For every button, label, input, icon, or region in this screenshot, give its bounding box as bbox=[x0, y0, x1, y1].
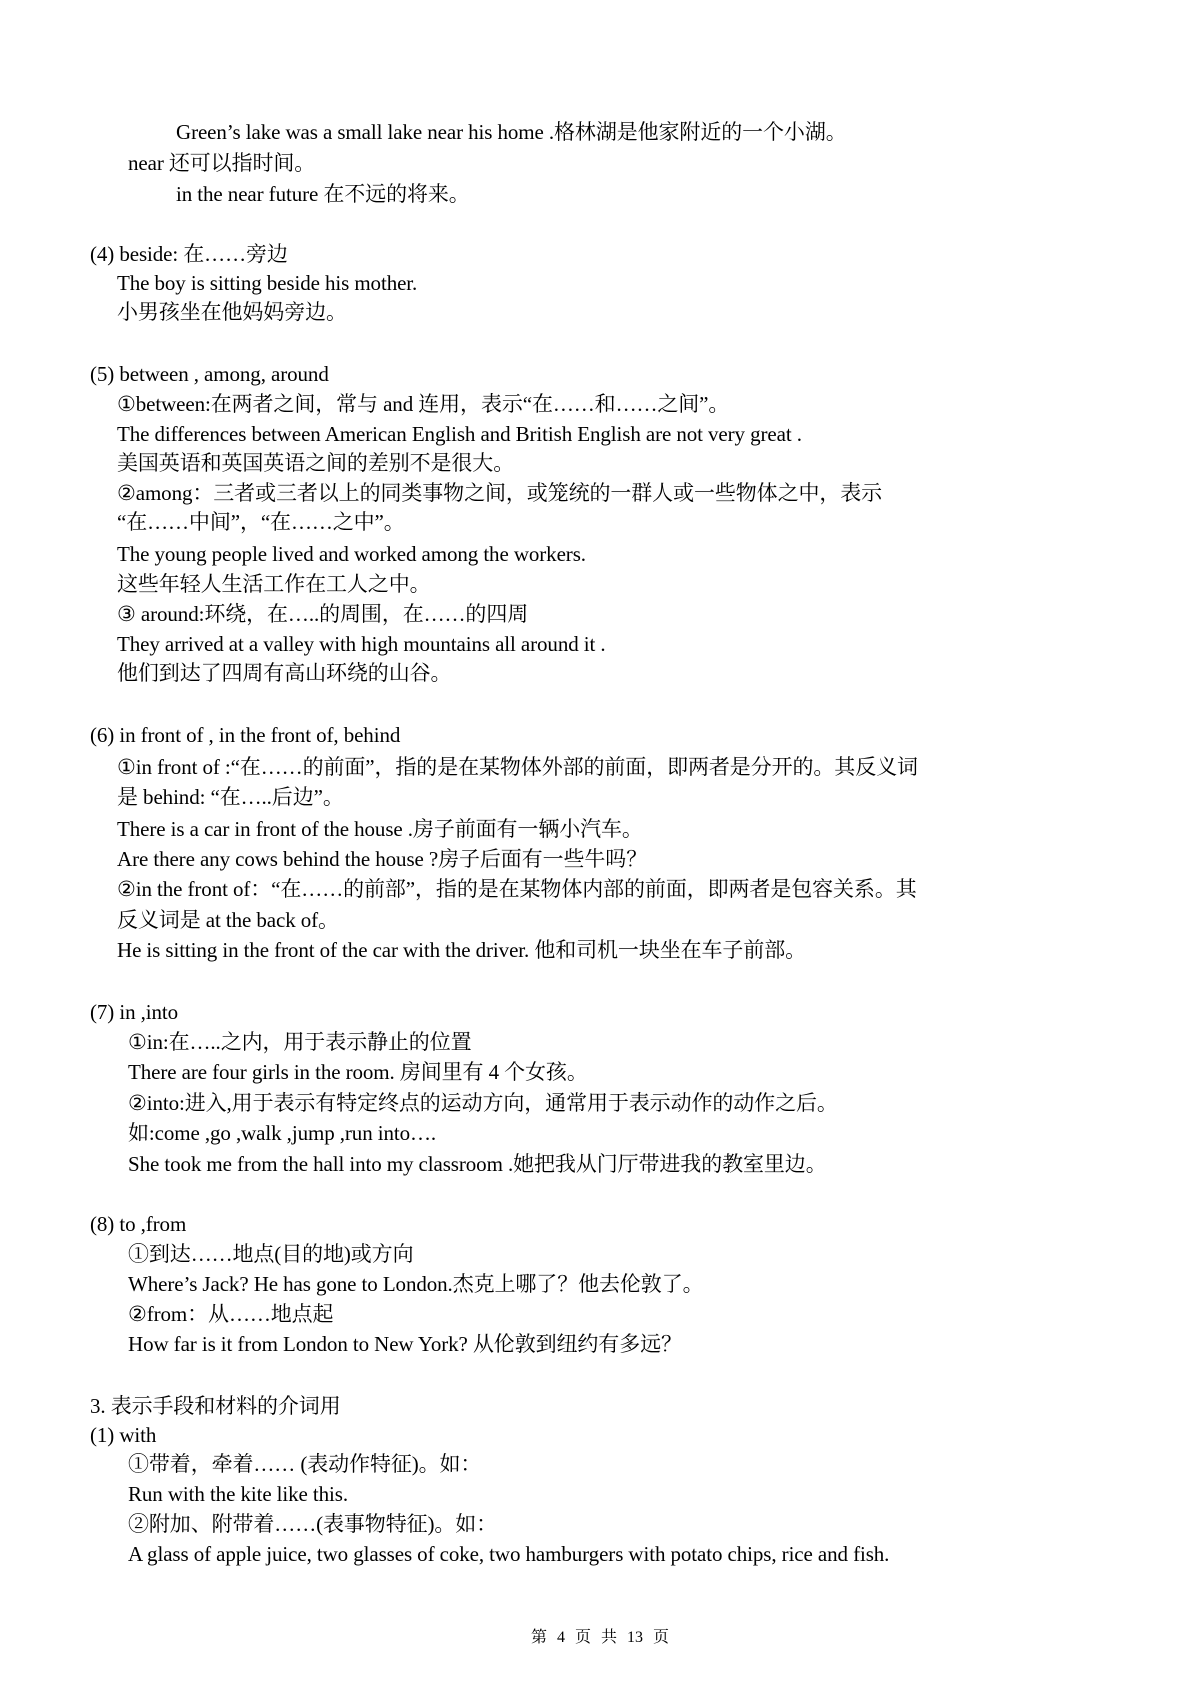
text-line: ②from：从……地点起 bbox=[128, 1300, 333, 1328]
text-line: Green’s lake was a small lake near his h… bbox=[176, 118, 847, 146]
text-line: ②into:进入,用于表示有特定终点的运动方向，通常用于表示动作的动作之后。 bbox=[128, 1089, 838, 1117]
text-line: (8) to ,from bbox=[90, 1210, 186, 1238]
text-line: ③ around:环绕，在…..的周围，在……的四周 bbox=[117, 600, 528, 628]
text-line: 是 behind: “在…..后边”。 bbox=[117, 783, 344, 811]
text-line: (6) in front of , in the front of, behin… bbox=[90, 721, 400, 749]
text-line: ①带着，牵着…… (表动作特征)。如： bbox=[128, 1450, 481, 1478]
text-line: near 还可以指时间。 bbox=[128, 149, 315, 177]
text-line: A glass of apple juice, two glasses of c… bbox=[128, 1540, 889, 1568]
text-line: The boy is sitting beside his mother. bbox=[117, 269, 417, 297]
text-line: (7) in ,into bbox=[90, 998, 178, 1026]
text-line: Where’s Jack? He has gone to London.杰克上哪… bbox=[128, 1270, 704, 1298]
text-line: 美国英语和英国英语之间的差别不是很大。 bbox=[117, 449, 514, 477]
text-line: 他们到达了四周有高山环绕的山谷。 bbox=[117, 659, 451, 687]
text-line: Are there any cows behind the house ?房子后… bbox=[117, 845, 647, 873]
text-line: They arrived at a valley with high mount… bbox=[117, 630, 606, 658]
text-line: “在……中间”，“在……之中”。 bbox=[117, 508, 405, 536]
text-line: (4) beside: 在……旁边 bbox=[90, 240, 288, 268]
text-line: The young people lived and worked among … bbox=[117, 540, 586, 568]
text-line: (5) between , among, around bbox=[90, 360, 329, 388]
text-line: ①between:在两者之间，常与 and 连用，表示“在……和……之间”。 bbox=[117, 390, 729, 418]
text-line: 如:come ,go ,walk ,jump ,run into…. bbox=[128, 1119, 436, 1147]
text-line: He is sitting in the front of the car wi… bbox=[117, 936, 806, 964]
text-line: 小男孩坐在他妈妈旁边。 bbox=[117, 298, 347, 326]
text-line: (1) with bbox=[90, 1421, 156, 1449]
text-line: How far is it from London to New York? 从… bbox=[128, 1330, 682, 1358]
text-line: 3. 表示手段和材料的介词用 bbox=[90, 1392, 341, 1420]
text-line: 反义词是 at the back of。 bbox=[117, 906, 339, 934]
text-line: ①in front of :“在……的前面”，指的是在某物体外部的前面，即两者是… bbox=[117, 753, 918, 781]
text-line: Run with the kite like this. bbox=[128, 1480, 348, 1508]
text-line: She took me from the hall into my classr… bbox=[128, 1150, 827, 1178]
text-line: 这些年轻人生活工作在工人之中。 bbox=[117, 570, 431, 598]
page-footer: 第 4 页 共 13 页 bbox=[0, 1628, 1200, 1648]
text-line: The differences between American English… bbox=[117, 420, 802, 448]
text-line: There is a car in front of the house .房子… bbox=[117, 815, 643, 843]
text-line: ②附加、附带着……(表事物特征)。如： bbox=[128, 1510, 497, 1538]
text-line: There are four girls in the room. 房间里有 4… bbox=[128, 1058, 588, 1086]
text-line: ②in the front of：“在……的前部”，指的是在某物体内部的前面，即… bbox=[117, 875, 917, 903]
text-line: ②among：三者或三者以上的同类事物之间，或笼统的一群人或一些物体之中，表示 bbox=[117, 479, 882, 507]
text-line: ①in:在…..之内，用于表示静止的位置 bbox=[128, 1028, 472, 1056]
text-line: in the near future 在不远的将来。 bbox=[176, 180, 470, 208]
text-line: ①到达……地点(目的地)或方向 bbox=[128, 1240, 414, 1268]
